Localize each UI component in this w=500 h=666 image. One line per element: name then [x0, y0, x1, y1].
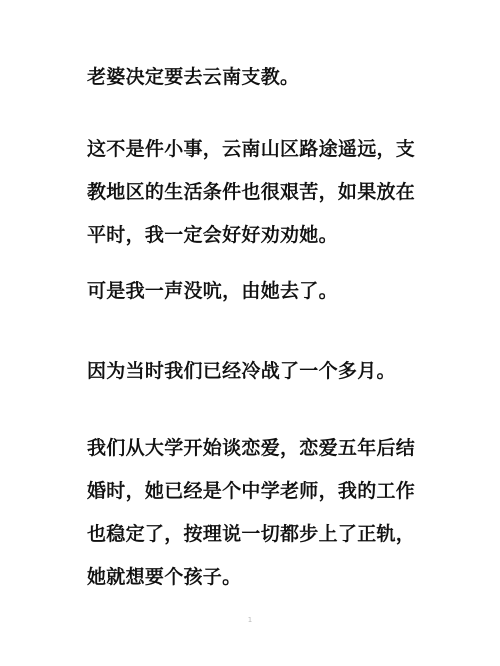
paragraph-1: 老婆决定要去云南支教。 [87, 56, 417, 99]
paragraph-5: 我们从大学开始谈恋爱，恋爱五年后结婚时，她已经是个中学老师，我的工作也稳定了，按… [87, 427, 417, 599]
paragraph-3: 可是我一声没吭，由她去了。 [87, 270, 417, 313]
paragraph-4: 因为当时我们已经冷战了一个多月。 [87, 350, 417, 393]
document-page: 老婆决定要去云南支教。 这不是件小事，云南山区路途遥远，支教地区的生活条件也很艰… [0, 0, 500, 666]
page-number: 1 [0, 616, 500, 624]
paragraph-2: 这不是件小事，云南山区路途遥远，支教地区的生活条件也很艰苦，如果放在平时，我一定… [87, 128, 417, 257]
